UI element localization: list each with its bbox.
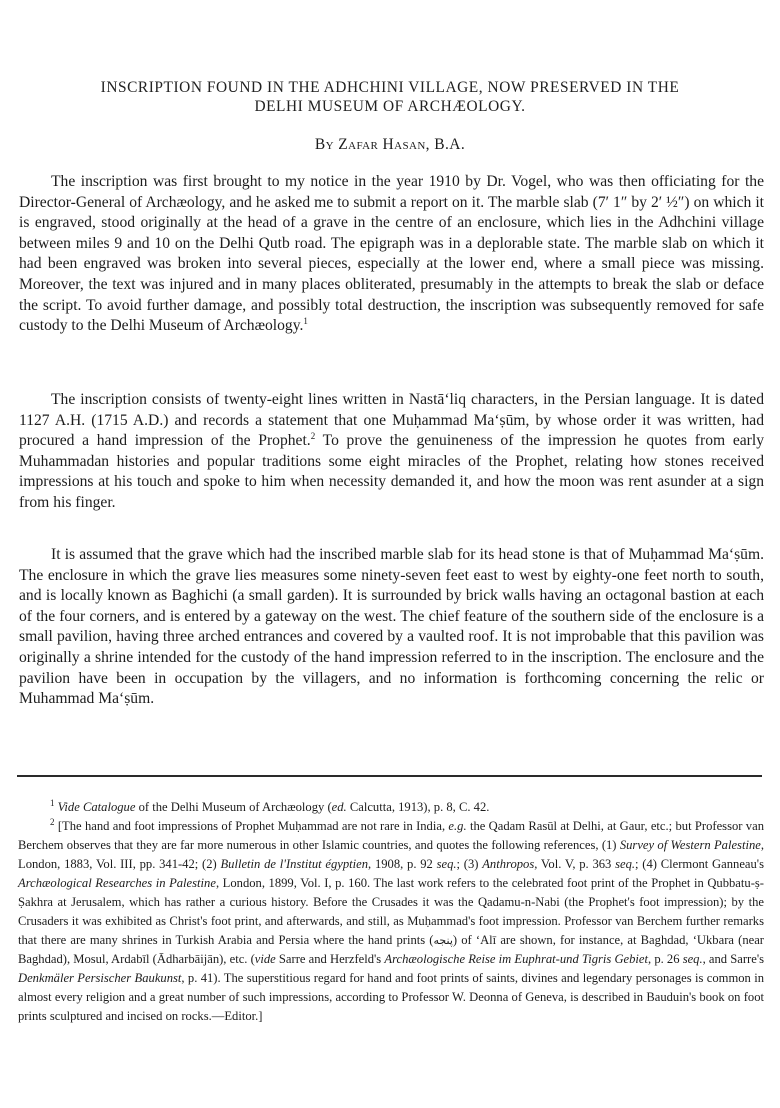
paragraph-3: It is assumed that the grave which had t… <box>19 545 764 710</box>
byline-author: Zafar Hasan <box>338 136 425 153</box>
footnote-1: 1 Vide Catalogue of the Delhi Museum of … <box>18 798 764 817</box>
fn2-citation-title: Anthropos <box>482 857 534 871</box>
fn2-text: Sarre and Herzfeld's <box>276 952 385 966</box>
footnote-1-marker: 1 <box>50 798 55 808</box>
footnote-1-text: of the Delhi Museum of Archæology ( <box>135 800 331 814</box>
fn2-text: [The hand and foot impressions of Prophe… <box>58 819 449 833</box>
footnote-2: 2 [The hand and foot impressions of Prop… <box>18 817 764 1026</box>
fn2-italic: seq. <box>437 857 457 871</box>
fn2-italic: seq. <box>683 952 703 966</box>
fn2-italic: e.g. <box>448 819 466 833</box>
title-line-1: Inscription found in the Adhchini villag… <box>14 78 766 97</box>
fn2-arabic-word: پنجه <box>434 934 453 947</box>
fn2-text: ; (4) Clermont Ganneau's <box>635 857 764 871</box>
footnote-1-ed: ed. <box>332 800 347 814</box>
fn2-text: , Vol. V, p. 363 <box>534 857 615 871</box>
footnote-1-vide: Vide Catalogue <box>58 800 136 814</box>
footnotes: 1 Vide Catalogue of the Delhi Museum of … <box>18 798 764 1026</box>
paragraph-3-text: It is assumed that the grave which had t… <box>19 546 764 707</box>
byline-degree: , B.A. <box>426 136 465 153</box>
byline: By Zafar Hasan, B.A. <box>0 136 780 154</box>
footnote-ref-1[interactable]: 1 <box>303 316 308 326</box>
document-page: Inscription found in the Adhchini villag… <box>0 0 780 1108</box>
fn2-citation-title: Bulletin de l'Institut égyptien <box>220 857 368 871</box>
fn2-citation-title: Archæological Researches in Palestine <box>18 876 216 890</box>
byline-prefix: By <box>315 136 334 153</box>
fn2-italic: seq. <box>615 857 635 871</box>
fn2-citation-title: Survey of Western Palestine <box>620 838 761 852</box>
paragraph-1-text: The inscription was first brought to my … <box>19 173 764 334</box>
paragraph-2: The inscription consists of twenty-eight… <box>19 390 764 514</box>
footnote-divider <box>17 775 762 777</box>
fn2-text: , p. 26 <box>648 952 683 966</box>
footnote-2-marker: 2 <box>50 817 55 827</box>
fn2-text: , and Sarre's <box>703 952 764 966</box>
fn2-text: , 1908, p. 92 <box>368 857 437 871</box>
paragraph-1: The inscription was first brought to my … <box>19 172 764 337</box>
footnote-1-text-end: Calcutta, 1913), p. 8, C. 42. <box>347 800 490 814</box>
fn2-citation-title: Denkmäler Persischer Baukunst <box>18 971 181 985</box>
article-title: Inscription found in the Adhchini villag… <box>14 78 766 116</box>
title-line-2: Delhi Museum of Archæology. <box>14 97 766 116</box>
fn2-italic: vide <box>255 952 276 966</box>
fn2-text: ; (3) <box>457 857 483 871</box>
fn2-citation-title: Archæologische Reise im Euphrat-und Tigr… <box>384 952 648 966</box>
